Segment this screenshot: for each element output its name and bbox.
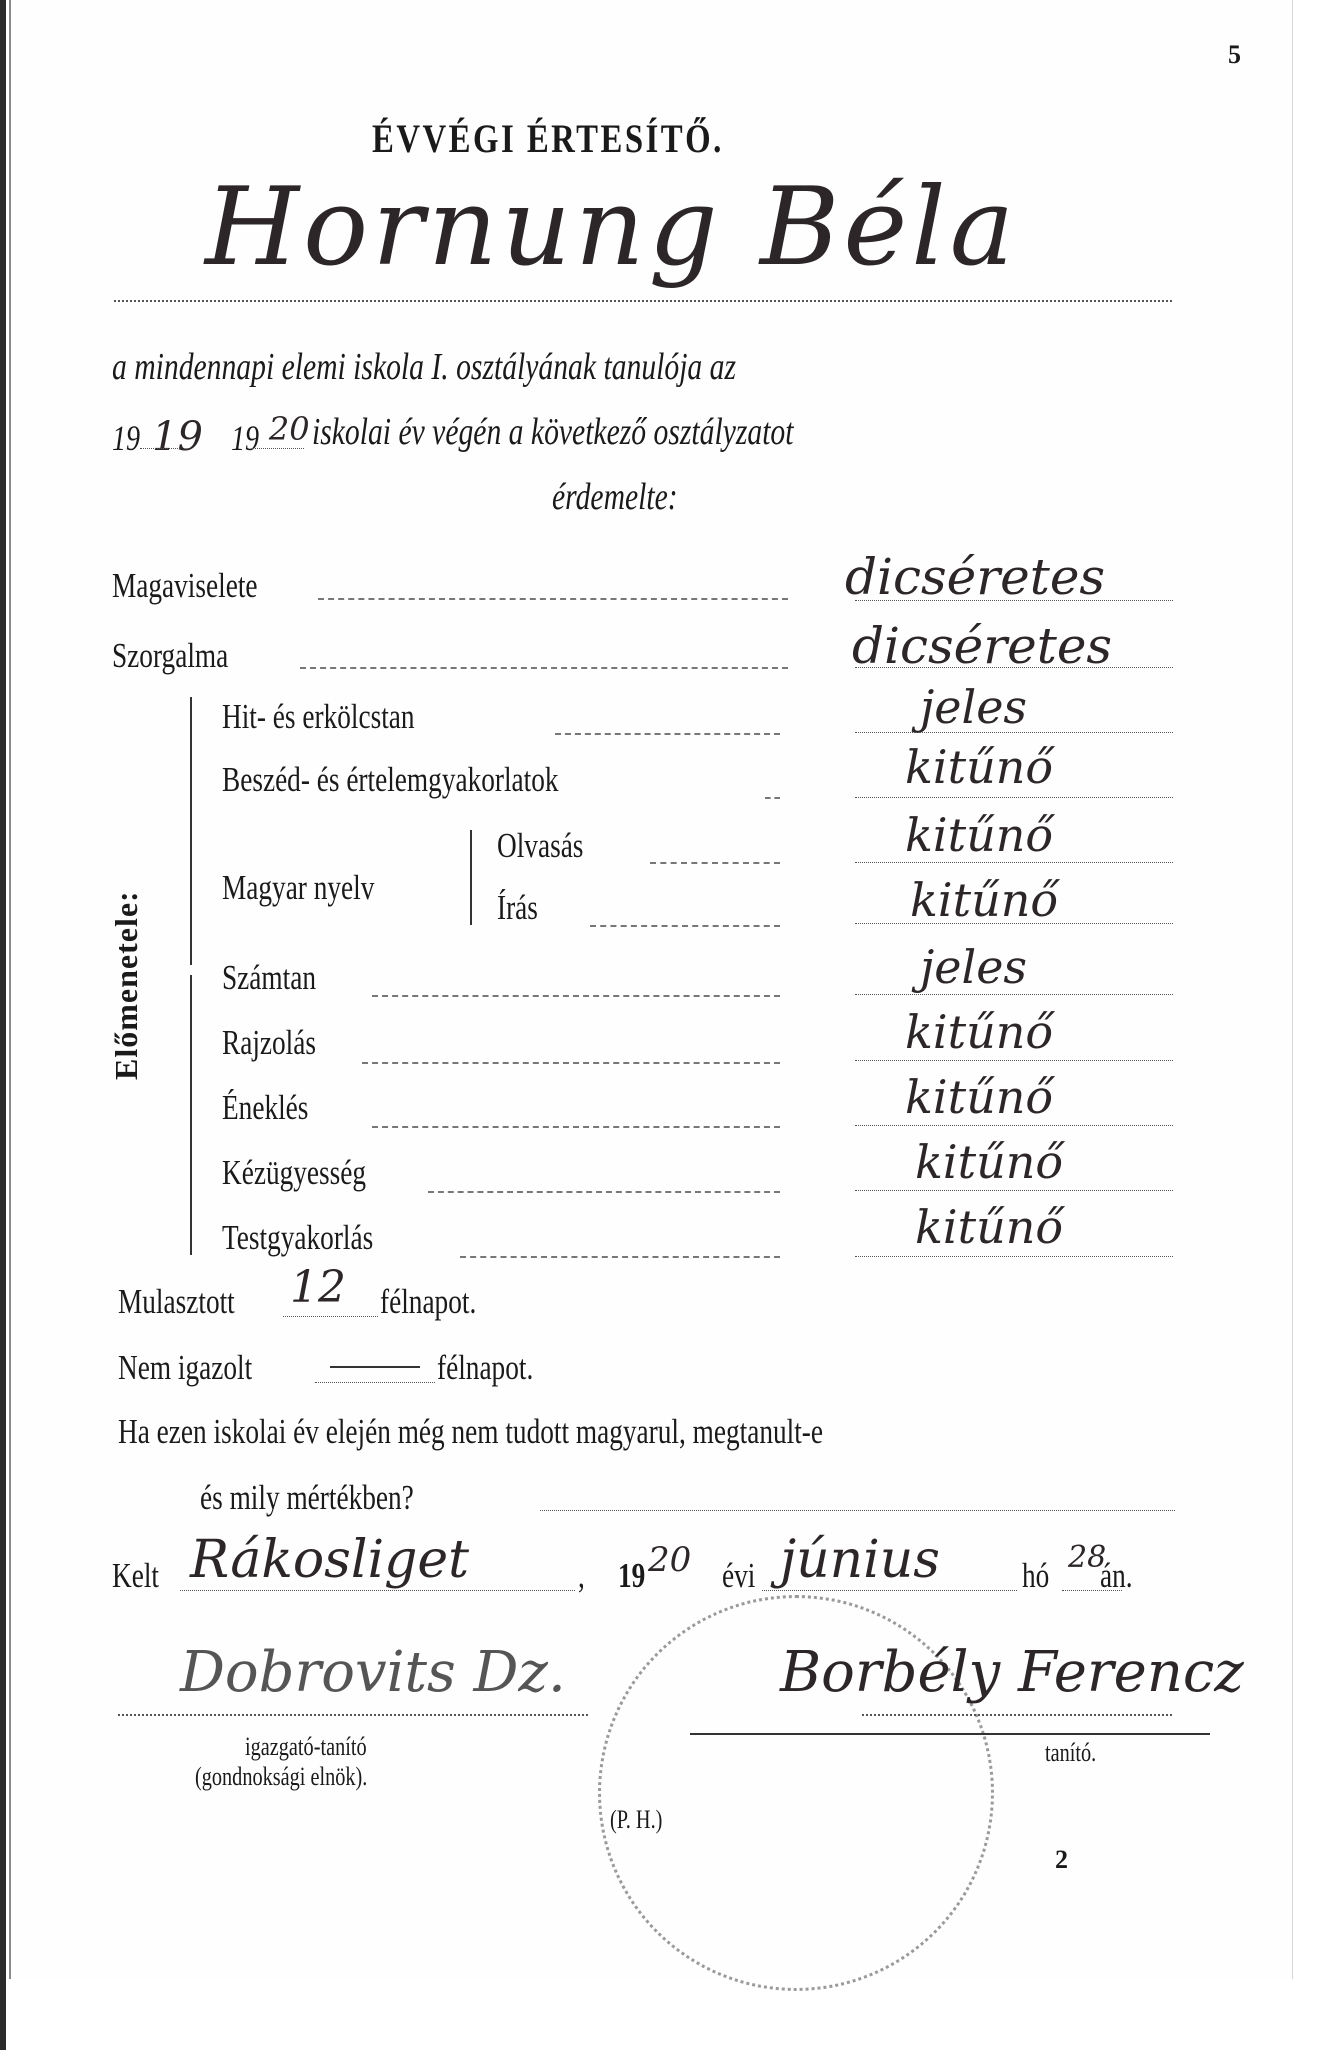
dated-year-suffix: évi xyxy=(722,1556,755,1596)
dated-month: június xyxy=(780,1530,940,1590)
label-beszed-es-ertelemgyakorlatok: Beszéd- és értelemgyakorlatok xyxy=(222,760,559,800)
dated-label: Kelt xyxy=(112,1556,159,1596)
leader-dashes xyxy=(372,1126,780,1128)
right-signature-line xyxy=(862,1714,1172,1716)
grade-szamtan: jeles xyxy=(920,940,1027,994)
label-magaviselete: Magaviselete xyxy=(112,566,258,606)
label-kezugyesseg: Kézügyesség xyxy=(222,1153,366,1193)
page-number-top: 5 xyxy=(1228,40,1241,70)
left-signer-subtitle: (gondnoksági elnök). xyxy=(195,1762,367,1792)
grade-line xyxy=(855,600,1173,601)
grade-kezugyesseg: kitűnő xyxy=(915,1135,1063,1189)
year-end: 20 xyxy=(269,410,310,448)
label-missed: Mulasztott xyxy=(118,1282,235,1322)
grade-line xyxy=(855,797,1173,798)
page-number-bottom: 2 xyxy=(1055,1845,1068,1875)
label-hit-es-erkolcstan: Hit- és erkölcstan xyxy=(222,697,415,737)
intro-line-3: érdemelte: xyxy=(552,475,678,519)
label-magyar-nyelv: Magyar nyelv xyxy=(222,868,374,908)
brace-top xyxy=(190,697,192,965)
grade-line xyxy=(855,1256,1173,1257)
binding-bottom xyxy=(0,1979,6,2050)
missed-line xyxy=(283,1316,378,1317)
grade-line xyxy=(855,732,1173,733)
label-unexcused: Nem igazolt xyxy=(118,1348,252,1388)
unexcused-line xyxy=(315,1382,435,1383)
student-name: Hornung Béla xyxy=(205,165,1018,290)
label-szamtan: Számtan xyxy=(222,958,316,998)
grade-iras: kitűnő xyxy=(910,873,1058,927)
unexcused-value-dash xyxy=(330,1366,420,1368)
name-line xyxy=(114,300,1172,302)
grade-line xyxy=(855,1190,1173,1191)
leader-dashes xyxy=(650,862,780,864)
year-start-line xyxy=(140,448,180,449)
leader-dashes xyxy=(460,1256,780,1258)
leader-dashes xyxy=(428,1191,780,1193)
grade-line xyxy=(855,1060,1173,1061)
language-question-line1: Ha ezen iskolai év elején még nem tudott… xyxy=(118,1412,823,1452)
binding-line xyxy=(9,0,11,1979)
intro-line-2-rest: iskolai év végén a következő osztályzato… xyxy=(312,410,793,454)
grade-enekles: kitűnő xyxy=(905,1070,1053,1124)
label-iras: Írás xyxy=(497,888,538,928)
left-signature: Dobrovits Dz. xyxy=(180,1640,566,1705)
right-signer-title: tanító. xyxy=(1045,1738,1096,1768)
grade-line xyxy=(855,862,1173,863)
grade-beszed-es-ertelemgyakorlatok: kitűnő xyxy=(905,740,1053,794)
label-olvasas: Olvasás xyxy=(497,826,583,866)
year-end-line xyxy=(252,448,304,449)
grade-line xyxy=(855,923,1173,924)
dated-month-suffix: hó xyxy=(1022,1556,1049,1596)
document-title: ÉVVÉGI ÉRTESÍTŐ. xyxy=(372,115,724,162)
leader-dashes xyxy=(555,733,780,735)
left-signer-title: igazgató-tanító xyxy=(245,1732,367,1762)
grade-line xyxy=(855,667,1173,668)
grade-olvasas: kitűnő xyxy=(905,808,1053,862)
signature-flourish xyxy=(690,1733,1210,1735)
dated-comma: , xyxy=(578,1556,585,1596)
language-answer-line xyxy=(540,1510,1175,1511)
label-szorgalma: Szorgalma xyxy=(112,636,228,676)
grade-hit-es-erkolcstan: jeles xyxy=(920,680,1027,734)
language-question-line2: és mily mértékben? xyxy=(200,1478,414,1518)
year-prefix-1: 19 xyxy=(112,417,140,459)
grade-line xyxy=(855,994,1173,995)
leader-dashes xyxy=(765,797,780,799)
leader-dashes xyxy=(590,925,780,927)
dated-day-suffix: án. xyxy=(1100,1556,1133,1596)
leader-dashes xyxy=(300,667,788,669)
grade-line xyxy=(855,1125,1173,1126)
grade-rajzolas: kitűnő xyxy=(905,1005,1053,1059)
dated-year-prefix: 19 xyxy=(618,1556,645,1596)
book-binding-edge xyxy=(0,0,6,2050)
place-line xyxy=(180,1590,575,1591)
grade-testgyakorlas: kitűnő xyxy=(915,1200,1063,1254)
right-signature: Borbély Ferencz xyxy=(780,1640,1244,1705)
year-start: 19 xyxy=(152,414,203,460)
progress-group-label: Előmenetele: xyxy=(108,890,145,1080)
unexcused-suffix: félnapot. xyxy=(437,1348,533,1388)
brace-magyar xyxy=(470,830,472,925)
page-right-edge xyxy=(1292,0,1293,1979)
seal-label: (P. H.) xyxy=(610,1805,662,1835)
missed-value: 12 xyxy=(290,1262,346,1313)
leader-dashes xyxy=(318,598,788,600)
leader-dashes xyxy=(372,995,780,997)
left-signature-line xyxy=(118,1714,588,1716)
grade-magaviselete: dicséretes xyxy=(845,548,1105,606)
intro-line-1: a mindennapi elemi iskola I. osztályának… xyxy=(112,345,736,389)
page-bottom-margin xyxy=(0,1979,1323,2050)
label-ekeklés: Éneklés xyxy=(222,1088,308,1128)
dated-place: Rákosliget xyxy=(190,1530,469,1590)
label-testgyakorlas: Testgyakorlás xyxy=(222,1218,373,1258)
year-prefix-2: 19 xyxy=(231,417,259,459)
month-line xyxy=(762,1590,1017,1591)
missed-suffix: félnapot. xyxy=(380,1282,476,1322)
intro-line-2: 19191920 xyxy=(112,410,310,460)
label-rajzolas: Rajzolás xyxy=(222,1023,316,1063)
leader-dashes xyxy=(362,1062,780,1064)
dated-year: 20 xyxy=(648,1540,691,1580)
brace-bottom xyxy=(190,975,192,1255)
